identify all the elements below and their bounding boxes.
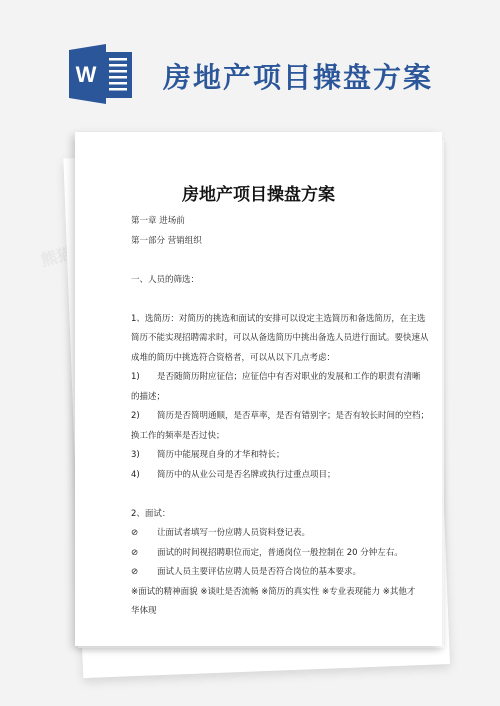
bullet-item: ⊘让面试者填写一份应聘人员资料登记表。	[131, 524, 411, 544]
criteria-number: 4)	[131, 466, 157, 486]
section-heading: 2、面试：	[131, 505, 411, 525]
svg-text:W: W	[76, 62, 97, 87]
criteria-number: 2)	[131, 407, 157, 427]
chapter-heading: 第一章 进场前	[131, 212, 411, 232]
bullet-item: ⊘面试人员主要评估应聘人员是否符合岗位的基本要求。	[131, 563, 411, 583]
bullet-item: ⊘面试的时间视招聘职位而定，普通岗位一般控制在 20 分钟左右。	[131, 544, 411, 564]
bullet-icon: ⊘	[131, 524, 157, 544]
paragraph-line: 简历不能实现招聘需求时，可以从备选简历中挑出备选人员进行面试。要快速从	[131, 329, 411, 349]
section-heading: 一、人员的筛选：	[131, 271, 411, 291]
paragraph-line: 成堆的简历中挑选符合资格者，可以从以下几点考虑：	[131, 349, 411, 369]
criteria-number: 3)	[131, 446, 157, 466]
notes-line: ※面试的精神面貌 ※谈吐是否流畅 ※简历的真实性 ※专业表现能力 ※其他才	[131, 583, 411, 603]
criteria-item: 2)简历是否简明通顺，是否草率，是否有错别字；是否有较长时间的空档；	[131, 407, 411, 427]
bullet-icon: ⊘	[131, 544, 157, 564]
notes-line: 华体现	[131, 602, 411, 622]
criteria-continuation: 的描述；	[131, 388, 411, 408]
document-title: 房地产项目操盘方案	[75, 180, 442, 205]
criteria-item: 3)简历中能展现自身的才华和特长；	[131, 446, 411, 466]
criteria-continuation: 换工作的频率是否过快；	[131, 427, 411, 447]
bullet-icon: ⊘	[131, 563, 157, 583]
paragraph-line: 1、选简历：对简历的挑选和面试的安排可以设定主选简历和备选简历，在主选	[131, 310, 411, 330]
header-banner: W 房地产项目操盘方案	[0, 0, 500, 120]
criteria-item: 1)是否随简历附应征信；应征信中有否对职业的发展和工作的职责有清晰	[131, 368, 411, 388]
document-page: 房地产项目操盘方案 第一章 进场前 第一部分 营销组织 一、人员的筛选： 1、选…	[75, 132, 442, 646]
criteria-number: 1)	[131, 368, 157, 388]
document-body: 第一章 进场前 第一部分 营销组织 一、人员的筛选： 1、选简历：对简历的挑选和…	[131, 212, 411, 622]
word-icon: W	[69, 44, 134, 104]
criteria-item: 4)简历中的从业公司是否名牌或执行过重点项目；	[131, 466, 411, 486]
part-heading: 第一部分 营销组织	[131, 232, 411, 252]
header-title: 房地产项目操盘方案	[163, 56, 433, 96]
